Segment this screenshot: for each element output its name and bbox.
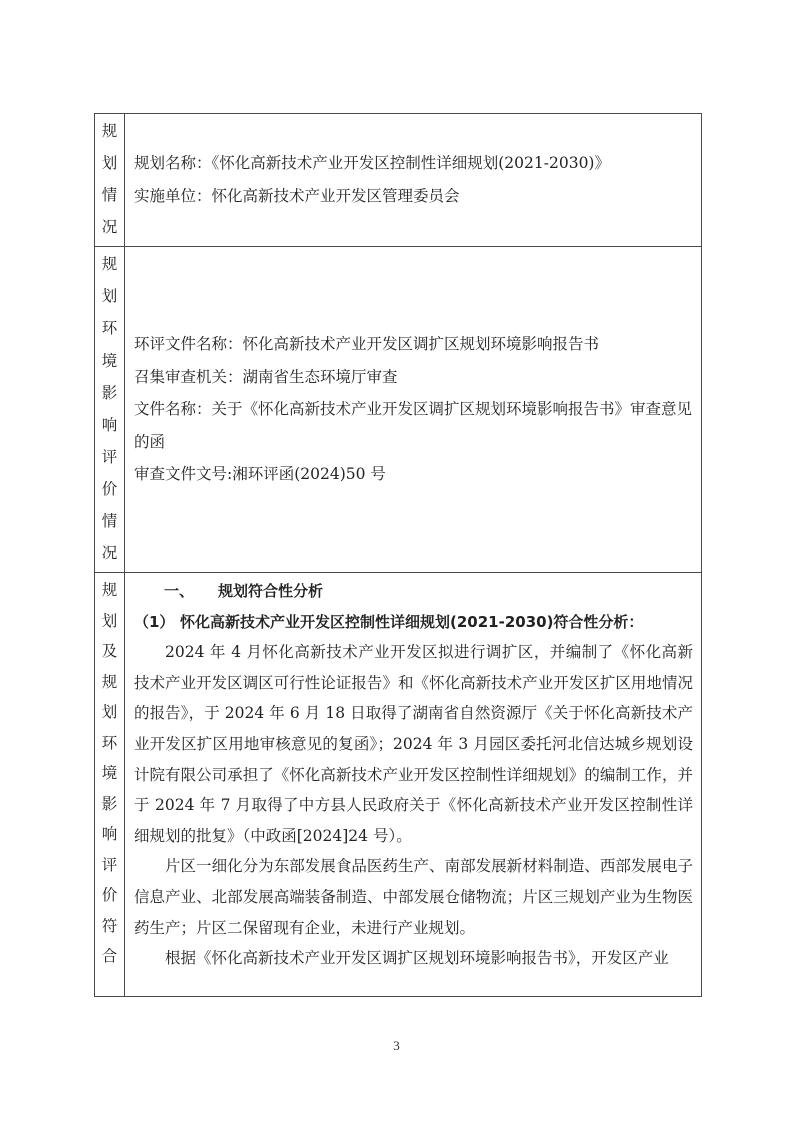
label-char: 价 [102, 880, 118, 911]
section-heading-number: 一、 [164, 576, 218, 607]
section-heading-text: 规划符合性分析 [218, 582, 323, 600]
label-char: 况 [102, 220, 118, 236]
table-row-eia-status: 规 划 环 境 影 响 评 价 情 况 环评文件名称：怀化高新技术产业开发区调扩… [95, 246, 701, 572]
document-page: 规 划 情 况 规划名称：《怀化高新技术产业开发区控制性详细规划(2021-20… [0, 0, 793, 1122]
label-char: 境 [102, 354, 118, 370]
label-char: 划 [102, 289, 118, 305]
label-char: 合 [102, 941, 118, 972]
subsection-heading-number: （1） [134, 607, 180, 638]
label-char: 划 [102, 156, 118, 172]
review-document-name: 文件名称：关于《怀化高新技术产业开发区调扩区规划环境影响报告书》审查意见的函 [134, 393, 693, 458]
subsection-heading: （1）怀化高新技术产业开发区控制性详细规划(2021-2030)符合性分析： [134, 607, 693, 638]
label-char: 评 [102, 850, 118, 881]
label-char: 情 [102, 188, 118, 204]
row-label-compliance-analysis: 规 划 及 规 划 环 境 影 响 评 价 符 合 [95, 573, 125, 996]
subsection-heading-text: 怀化高新技术产业开发区控制性详细规划(2021-2030)符合性分析： [180, 613, 643, 631]
row-label-eia-status: 规 划 环 境 影 响 评 价 情 况 [95, 247, 125, 572]
planning-info-table: 规 划 情 况 规划名称：《怀化高新技术产业开发区控制性详细规划(2021-20… [94, 113, 702, 997]
label-char: 划 [102, 606, 118, 637]
row-label-planning-status: 规 划 情 况 [95, 114, 125, 246]
label-char: 规 [102, 575, 118, 606]
row-body-eia-status: 环评文件名称：怀化高新技术产业开发区调扩区规划环境影响报告书 召集审查机关：湖南… [125, 247, 701, 572]
paragraph-zone-planning: 片区一细化分为东部发展食品医药生产、南部发展新材料制造、西部发展电子信息产业、北… [134, 851, 693, 943]
label-char: 及 [102, 636, 118, 667]
implementing-unit-text: 实施单位：怀化高新技术产业开发区管理委员会 [134, 180, 693, 213]
plan-name-text: 规划名称：《怀化高新技术产业开发区控制性详细规划(2021-2030)》 [134, 147, 693, 180]
row-body-planning-status: 规划名称：《怀化高新技术产业开发区控制性详细规划(2021-2030)》 实施单… [125, 114, 701, 246]
table-row-planning-status: 规 划 情 况 规划名称：《怀化高新技术产业开发区控制性详细规划(2021-20… [95, 114, 701, 246]
paragraph-eia-reference: 根据《怀化高新技术产业开发区调扩区规划环境影响报告书》，开发区产业 [134, 943, 693, 974]
review-authority: 召集审查机关：湖南省生态环境厅审查 [134, 361, 693, 394]
label-char: 境 [102, 758, 118, 789]
label-char: 评 [102, 450, 118, 466]
label-char: 符 [102, 911, 118, 942]
page-number: 3 [0, 1038, 793, 1054]
label-char: 影 [102, 386, 118, 402]
label-char: 规 [102, 257, 118, 273]
label-char: 划 [102, 697, 118, 728]
section-heading: 一、规划符合性分析 [134, 576, 693, 607]
label-char: 规 [102, 124, 118, 140]
table-row-compliance-analysis: 规 划 及 规 划 环 境 影 响 评 价 符 合 一、规划符合性分析 （1）怀… [95, 572, 701, 996]
review-document-number: 审查文件文号:湘环评函(2024)50 号 [134, 458, 693, 491]
label-char: 影 [102, 789, 118, 820]
label-char: 规 [102, 667, 118, 698]
label-char: 情 [102, 514, 118, 530]
label-char: 响 [102, 418, 118, 434]
label-char: 环 [102, 321, 118, 337]
row-body-compliance-analysis: 一、规划符合性分析 （1）怀化高新技术产业开发区控制性详细规划(2021-203… [125, 573, 701, 996]
eia-document-name: 环评文件名称：怀化高新技术产业开发区调扩区规划环境影响报告书 [134, 328, 693, 361]
paragraph-expansion-history: 2024 年 4 月怀化高新技术产业开发区拟进行调扩区，并编制了《怀化高新技术产… [134, 637, 693, 851]
label-char: 响 [102, 819, 118, 850]
label-char: 况 [102, 546, 118, 562]
label-char: 价 [102, 482, 118, 498]
label-char: 环 [102, 728, 118, 759]
